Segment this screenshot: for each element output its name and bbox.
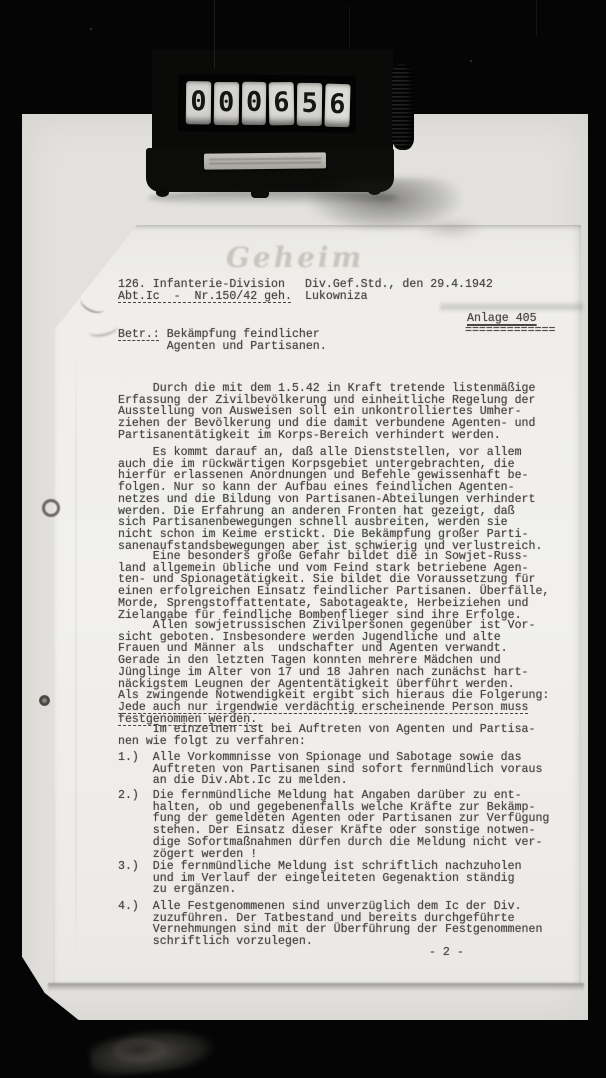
film-speck [470,60,472,62]
annex-rule: ============= [465,325,555,337]
paragraph-registration: Durch die mit dem 1.5.42 in Kraft treten… [118,383,535,442]
counter-label-plate [204,152,326,169]
device-shadow [415,218,485,240]
film-stain-core [112,1038,167,1062]
paragraph-duties: Es kommt darauf an, daß alle Dienststell… [118,447,542,552]
subject-block: Betr.: Bekämpfung feindlicher Agenten un… [118,329,327,352]
film-speck [90,28,92,30]
geheim-stamp: Geheim [226,241,364,274]
header-department: Abt.Ic - Nr.150/42 geh. [118,291,292,303]
paragraph-vigilance: Allen sowjetrussischen Zivilpersonen geg… [118,620,549,725]
header-date-block: Div.Gef.Std., den 29.4.1942Lukowniza [305,279,493,304]
document-bottom-edge-shadow [48,983,584,991]
counter-digit: 6 [325,84,351,128]
film-frame: Geheim 126. Infanterie-DivisionAbt.Ic - … [0,0,606,1078]
list-item-2: 2.) Die fernmündliche Meldung hat Angabe… [118,790,549,860]
paragraph-vigilance-emphasis: Jede auch nur irgendwie verdächtig ersch… [118,701,529,726]
paragraph-danger: Eine besonders große Gefahr bildet die i… [118,551,549,621]
counter-digit: 0 [241,82,266,125]
film-scratch [536,0,537,36]
counter-digit: 0 [214,82,239,125]
counter-knob [392,64,414,150]
counter-digits: 0 0 0 6 5 6 [186,81,350,126]
device-shadow [148,190,398,206]
header-unit-block: 126. Infanterie-DivisionAbt.Ic - Nr.150/… [118,279,292,304]
annex-label: Anlage 405 [467,313,537,325]
counter-digit: 6 [269,82,295,125]
counter-digit: 0 [186,81,211,124]
counter-digit: 5 [297,83,322,126]
hole-punch [39,695,50,706]
paragraph-procedure-intro: Im einzelnen ist bei Auftreten von Agent… [118,724,535,747]
list-item-1: 1.) Alle Vorkommnisse von Spionage und S… [118,752,542,787]
page-number: - 2 - [429,947,464,959]
header-place: Lukowniza [305,291,493,303]
paragraph-vigilance-text: Allen sowjetrussischen Zivilpersonen geg… [118,619,549,702]
left-crease [75,340,77,970]
list-item-4: 4.) Alle Festgenommenen sind unverzüglic… [118,901,542,948]
hole-punch [42,499,60,517]
film-scratch [349,6,350,50]
film-scratch [214,0,215,68]
list-item-3: 3.) Die fernmündliche Meldung ist schrif… [118,861,522,896]
